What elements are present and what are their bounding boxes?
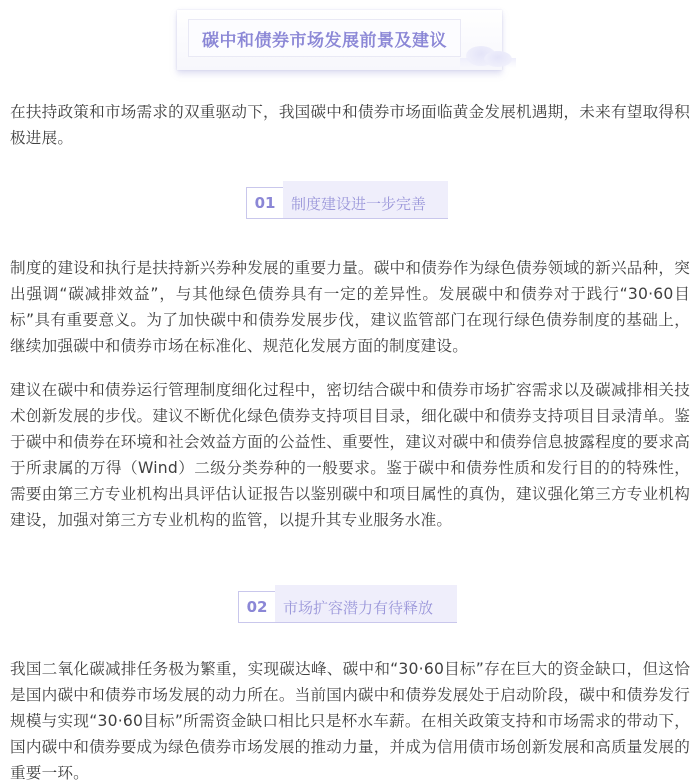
section-heading-01: 01 制度建设进一步完善 (246, 187, 448, 219)
section-heading-02: 02 市场扩容潜力有待释放 (238, 591, 457, 623)
title-box: 碳中和债券市场发展前景及建议 (188, 19, 461, 57)
section-01-paragraph-2: 建议在碳中和债券运行管理制度细化过程中，密切结合碳中和债券市场扩容需求以及碳减排… (10, 377, 690, 533)
section-02-paragraph-1: 我国二氧化碳减排任务极为繁重，实现碳达峰、碳中和“30·60目标”存在巨大的资金… (10, 656, 690, 782)
section-number: 01 (247, 188, 283, 218)
intro-paragraph: 在扶持政策和市场需求的双重驱动下，我国碳中和债券市场面临黄金发展机遇期，未来有望… (10, 99, 690, 151)
section-number: 02 (239, 592, 275, 622)
section-title: 制度建设进一步完善 (283, 188, 436, 218)
article-title: 碳中和债券市场发展前景及建议 (202, 26, 447, 51)
cloud-icon (484, 51, 512, 67)
section-title: 市场扩容潜力有待释放 (275, 592, 443, 622)
section-01-paragraph-1: 制度的建设和执行是扶持新兴券种发展的重要力量。碳中和债券作为绿色债券领域的新兴品… (10, 255, 690, 359)
